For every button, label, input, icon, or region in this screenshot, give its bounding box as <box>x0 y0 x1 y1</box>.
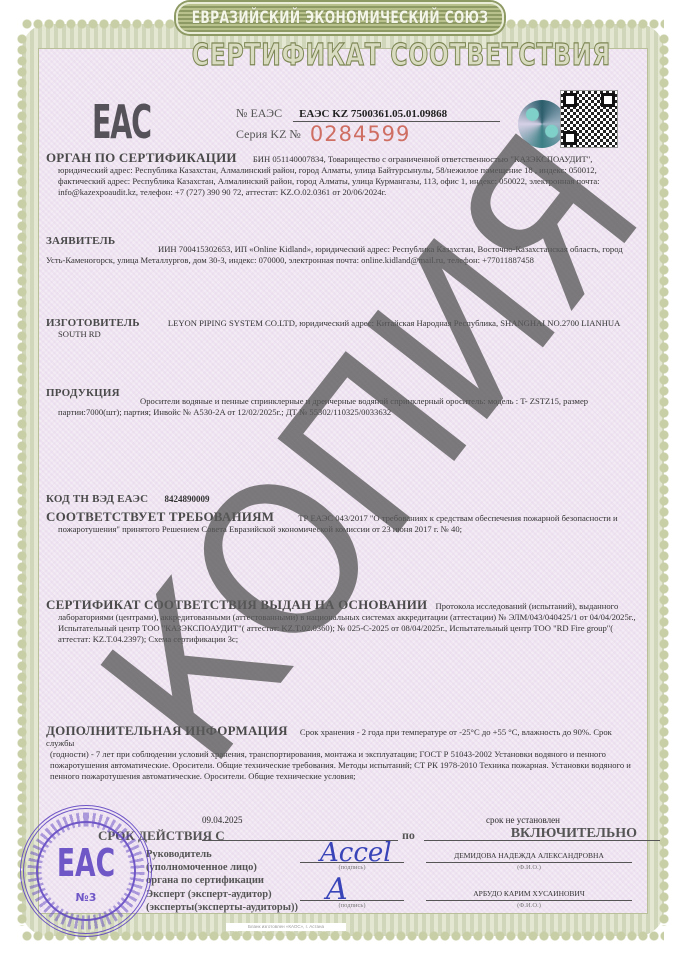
expert-signatory-label: Эксперт (эксперт-аудитор) (эксперты(эксп… <box>146 888 298 914</box>
certificate-title: СЕРТИФИКАТ СООТВЕТСТВИЯ <box>192 38 488 73</box>
expert-label-line: (эксперты(эксперты-аудиторы)) <box>146 901 298 914</box>
section-text: Оросители водяные и пенные спринклерные … <box>46 396 588 406</box>
stamp-number: №3 <box>24 891 148 904</box>
head-name-caption: (Ф.И.О.) <box>426 864 632 871</box>
expert-name-line <box>426 900 632 901</box>
section-text: ТР ЕАЭС 043/2017 "О требованиях к средст… <box>298 513 617 523</box>
expert-signature-line <box>300 900 404 901</box>
stamp-eac-mark: EAC <box>43 841 130 885</box>
section-text: ИИН 700415302653, ИП «Online Kidland», ю… <box>46 244 623 254</box>
section-heading: СООТВЕТСТВУЕТ ТРЕБОВАНИЯМ <box>46 509 274 524</box>
section-text-continued: (годности) - 7 лет при соблюдении услови… <box>46 749 641 782</box>
head-name-line <box>426 862 632 863</box>
certificate-number-row: № ЕАЭС ЕАЭС KZ 7500361.05.01.09868 <box>236 106 500 122</box>
union-banner: ЕВРАЗИЙСКИЙ ЭКОНОМИЧЕСКИЙ СОЮЗ <box>176 2 504 34</box>
section-text-continued: Усть-Каменогорск, улица Металлургов, дом… <box>46 255 641 266</box>
section-heading: КОД ТН ВЭД ЕАЭС <box>46 493 148 505</box>
certificate-number-value: ЕАЭС KZ 7500361.05.01.09868 <box>293 108 500 122</box>
series-row: Серия KZ № 0284599 <box>236 122 410 146</box>
section-text-continued: юридический адрес: Республика Казахстан,… <box>46 165 641 198</box>
head-signature-line <box>300 862 404 863</box>
validity-from: 09.04.2025 <box>202 815 243 825</box>
section-manufacturer: ИЗГОТОВИТЕЛЬ LEYON PIPING SYSTEM CO.LTD,… <box>46 318 641 340</box>
union-banner-text: ЕВРАЗИЙСКИЙ ЭКОНОМИЧЕСКИЙ СОЮЗ <box>192 8 489 28</box>
section-text: БИН 051140007834, Товарищество с огранич… <box>253 154 593 164</box>
section-additional-info: ДОПОЛНИТЕЛЬНАЯ ИНФОРМАЦИЯ Срок хранения … <box>46 725 641 782</box>
series-label: Серия KZ № <box>236 127 301 141</box>
validity-to: срок не установлен <box>438 815 608 825</box>
section-text-continued: лабораториями (центрами), аккредитованны… <box>46 612 641 645</box>
scalloped-border-left <box>17 34 27 926</box>
scalloped-border-right <box>659 34 669 926</box>
section-heading: ИЗГОТОВИТЕЛЬ <box>46 317 140 329</box>
section-text-continued: партии:7000(шт); партия; Инвойс № A530-2… <box>46 407 641 418</box>
section-requirements: СООТВЕТСТВУЕТ ТРЕБОВАНИЯМ ТР ЕАЭС 043/20… <box>46 511 641 535</box>
section-heading: СЕРТИФИКАТ СООТВЕТСТВИЯ ВЫДАН НА ОСНОВАН… <box>46 597 427 612</box>
head-label-line: Руководитель <box>146 848 264 861</box>
official-stamp-icon: EAC №3 <box>20 805 152 937</box>
eac-logo-icon: EAC <box>92 95 151 149</box>
validity-inclusive: ВКЛЮЧИТЕЛЬНО <box>511 826 637 842</box>
qr-code-icon[interactable] <box>560 90 618 148</box>
head-label-line: органа по сертификации <box>146 874 264 887</box>
expert-name: АРБУДО КАРИМ ХУСАИНОВИЧ <box>426 889 632 898</box>
head-signatory-label: Руководитель (уполномоченное лицо) орган… <box>146 848 264 887</box>
validity-to-label: по <box>402 828 415 843</box>
section-hs-code: КОД ТН ВЭД ЕАЭС 8424890009 <box>46 494 641 505</box>
section-applicant: ЗАЯВИТЕЛЬ ИИН 700415302653, ИП «Online K… <box>46 236 641 266</box>
certificate-number-label: № ЕАЭС <box>236 106 282 120</box>
blank-printer-note: Бланк изготовлен «КАОС», г. Астана <box>226 923 346 931</box>
section-product: ПРОДУКЦИЯ Оросители водяные и пенные спр… <box>46 388 641 418</box>
head-name: ДЕМИДОВА НАДЕЖДА АЛЕКСАНДРОВНА <box>426 851 632 860</box>
section-text-continued: пожаротушения" принятого Решением Совета… <box>46 524 641 535</box>
expert-label-line: Эксперт (эксперт-аудитор) <box>146 888 298 901</box>
hs-code-value: 8424890009 <box>164 494 209 504</box>
section-issued-basis: СЕРТИФИКАТ СООТВЕТСТВИЯ ВЫДАН НА ОСНОВАН… <box>46 599 641 645</box>
head-label-line: (уполномоченное лицо) <box>146 861 264 874</box>
section-text: Протокола исследований (испытаний), выда… <box>435 601 618 611</box>
section-text: LEYON PIPING SYSTEM CO.LTD, юридический … <box>168 318 621 328</box>
expert-name-caption: (Ф.И.О.) <box>426 902 632 909</box>
hologram-icon <box>518 100 566 148</box>
section-text-continued: SOUTH RD <box>46 329 641 340</box>
series-number: 0284599 <box>310 122 411 146</box>
section-heading: ДОПОЛНИТЕЛЬНАЯ ИНФОРМАЦИЯ <box>46 723 288 738</box>
head-signature-caption: (подпись) <box>300 864 404 871</box>
section-heading: ОРГАН ПО СЕРТИФИКАЦИИ <box>46 150 237 165</box>
expert-signature-caption: (подпись) <box>300 902 404 909</box>
section-certification-body: ОРГАН ПО СЕРТИФИКАЦИИ БИН 051140007834, … <box>46 152 641 198</box>
